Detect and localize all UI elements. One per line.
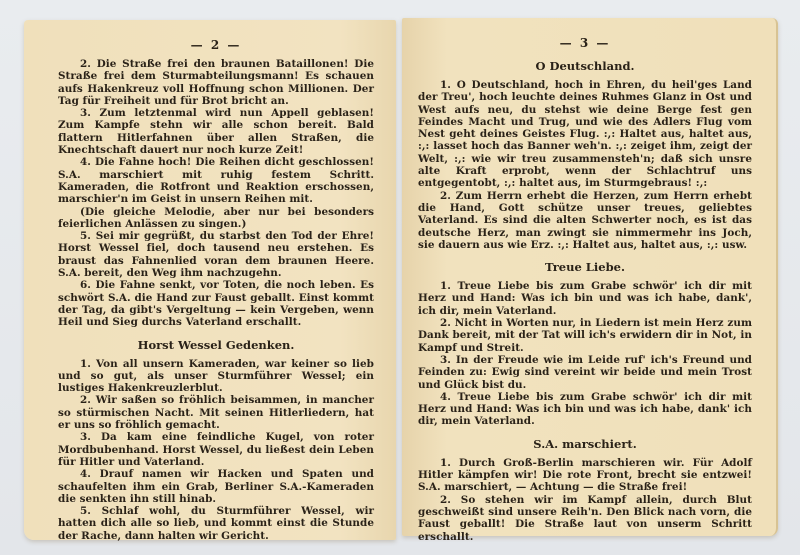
verse: 2. Wir saßen so fröhlich beisammen, in m… (58, 394, 374, 431)
verse: 3. Da kam eine feindliche Kugel, von rot… (58, 431, 374, 468)
verse: 5. Sei mir gegrüßt, du starbst den Tod d… (58, 230, 374, 279)
right-page: — 3 — O Deutschland. 1. O Deutschland, h… (402, 18, 778, 536)
page-number: — 2 — (58, 38, 374, 52)
left-page: — 2 — 2. Die Straße frei den braunen Bat… (24, 20, 396, 540)
page-number: — 3 — (418, 36, 752, 50)
verse: 3. In der Freude wie im Leide ruf' ich's… (418, 354, 752, 391)
verse: 6. Die Fahne senkt, vor Toten, die noch … (58, 279, 374, 328)
verse: 2. Nicht in Worten nur, in Liedern ist m… (418, 317, 752, 354)
section-heading: O Deutschland. (418, 59, 752, 73)
verse: 2. Zum Herrn erhebt die Herzen, zum Herr… (418, 190, 752, 251)
note: (Die gleiche Melodie, aber nur bei beson… (58, 206, 374, 231)
section-heading: Horst Wessel Gedenken. (58, 338, 374, 352)
verse: 1. Treue Liebe bis zum Grabe schwör' ich… (418, 280, 752, 317)
verse: 4. Die Fahne hoch! Die Reihen dicht gesc… (58, 156, 374, 205)
verse: 4. Drauf namen wir Hacken und Spaten und… (58, 468, 374, 505)
verse: 1. O Deutschland, hoch in Ehren, du heil… (418, 79, 752, 190)
section-heading: Treue Liebe. (418, 260, 752, 274)
verse: 4. Treue Liebe bis zum Grabe schwör' ich… (418, 391, 752, 428)
verse: 1. Durch Groß-Berlin marschieren wir. Fü… (418, 457, 752, 494)
verse: 1. Von all unsern Kameraden, war keiner … (58, 358, 374, 395)
verse: 2. Die Straße frei den braunen Bataillon… (58, 58, 374, 107)
verse: 3. Zum letztenmal wird nun Appell geblas… (58, 107, 374, 156)
verse: 5. Schlaf wohl, du Sturmführer Wessel, w… (58, 505, 374, 542)
verse: 2. So stehen wir im Kampf allein, durch … (418, 494, 752, 543)
section-heading: S.A. marschiert. (418, 437, 752, 451)
